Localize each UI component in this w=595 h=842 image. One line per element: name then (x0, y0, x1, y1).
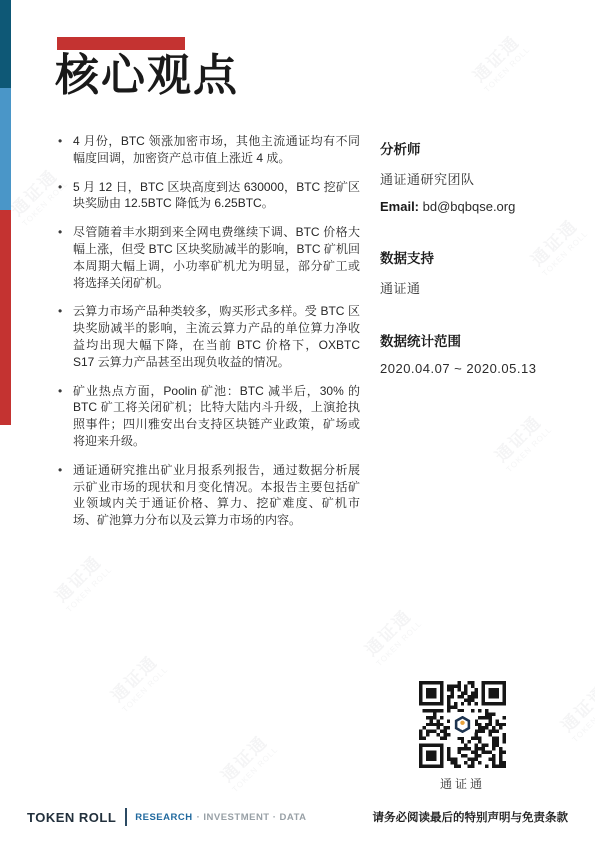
key-point-item: 通证通研究推出矿业月报系列报告，通过数据分析展示矿业市场的现状和月变化情况。本报… (57, 462, 360, 529)
report-meta-panel: 分析师 通证通研究团队 Email: bd@bqbqse.org 数据支持 通证… (380, 138, 576, 409)
title-accent-bar (57, 37, 185, 50)
data-support-value: 通证通 (380, 278, 576, 297)
key-point-item: 4 月份，BTC 领涨加密市场，其他主流通证均有不同幅度回调，加密资产总市值上涨… (57, 133, 360, 167)
key-point-item: 尽管随着丰水期到来全网电费继续下调、BTC 价格大幅上涨，但受 BTC 区块奖励… (57, 224, 360, 291)
brand-watermark: 通证通TOKEN ROLL (339, 584, 444, 689)
brand-watermark: 通证通TOKEN ROLL (447, 10, 552, 115)
left-edge-color-bar (0, 0, 11, 842)
brand-separator (125, 808, 127, 826)
qr-center-logo-icon (451, 713, 474, 736)
key-point-item: 矿业热点方面，Poolin 矿池：BTC 减半后，30% 的 BTC 矿工将关闭… (57, 383, 360, 450)
analyst-email: Email: bd@bqbqse.org (380, 199, 576, 214)
qr-code (419, 681, 506, 768)
data-support-label: 数据支持 (380, 247, 576, 267)
analyst-label: 分析师 (380, 138, 576, 158)
footer-brand-group: TOKEN ROLL RESEARCH · INVESTMENT · DATA (27, 804, 307, 830)
key-points-list: 4 月份，BTC 领涨加密市场，其他主流通证均有不同幅度回调，加密资产总市值上涨… (57, 133, 360, 541)
footer-tagline-rest: · INVESTMENT · DATA (197, 812, 307, 823)
stats-range-label: 数据统计范围 (380, 330, 576, 350)
email-value: bd@bqbqse.org (423, 199, 516, 214)
edge-bar-red (0, 210, 11, 425)
analyst-section: 分析师 通证通研究团队 Email: bd@bqbqse.org (380, 138, 576, 214)
brand-watermark: 通证通TOKEN ROLL (85, 630, 190, 735)
brand-logo-text: TOKEN ROLL (27, 810, 116, 825)
edge-bar-dark-blue (0, 0, 11, 88)
stats-range-value: 2020.04.07 ~ 2020.05.13 (380, 361, 576, 376)
brand-watermark: 通证通TOKEN ROLL (535, 660, 595, 765)
page-title: 核心观点 (55, 54, 239, 98)
brand-watermark: 通证通TOKEN ROLL (195, 710, 300, 815)
footer-tagline-research: RESEARCH (135, 812, 192, 823)
edge-bar-light-blue (0, 88, 11, 210)
stats-range-section: 数据统计范围 2020.04.07 ~ 2020.05.13 (380, 330, 576, 376)
qr-caption: 通证通 (419, 775, 506, 792)
key-point-item: 云算力市场产品种类较多，购买形式多样。受 BTC 区块奖励减半的影响，主流云算力… (57, 303, 360, 370)
key-point-item: 5 月 12 日，BTC 区块高度到达 630000，BTC 挖矿区块奖励由 1… (57, 179, 360, 213)
email-label: Email: (380, 199, 419, 214)
brand-watermark: 通证通TOKEN ROLL (29, 530, 134, 635)
footer-disclaimer: 请务必阅读最后的特别声明与免责条款 (373, 804, 569, 830)
analyst-team: 通证通研究团队 (380, 169, 576, 188)
data-support-section: 数据支持 通证通 (380, 247, 576, 297)
report-page: 通证通TOKEN ROLL通证通TOKEN ROLL通证通TOKEN ROLL通… (0, 0, 595, 842)
qr-block: 通证通 (419, 681, 506, 792)
page-footer: TOKEN ROLL RESEARCH · INVESTMENT · DATA … (0, 804, 595, 830)
